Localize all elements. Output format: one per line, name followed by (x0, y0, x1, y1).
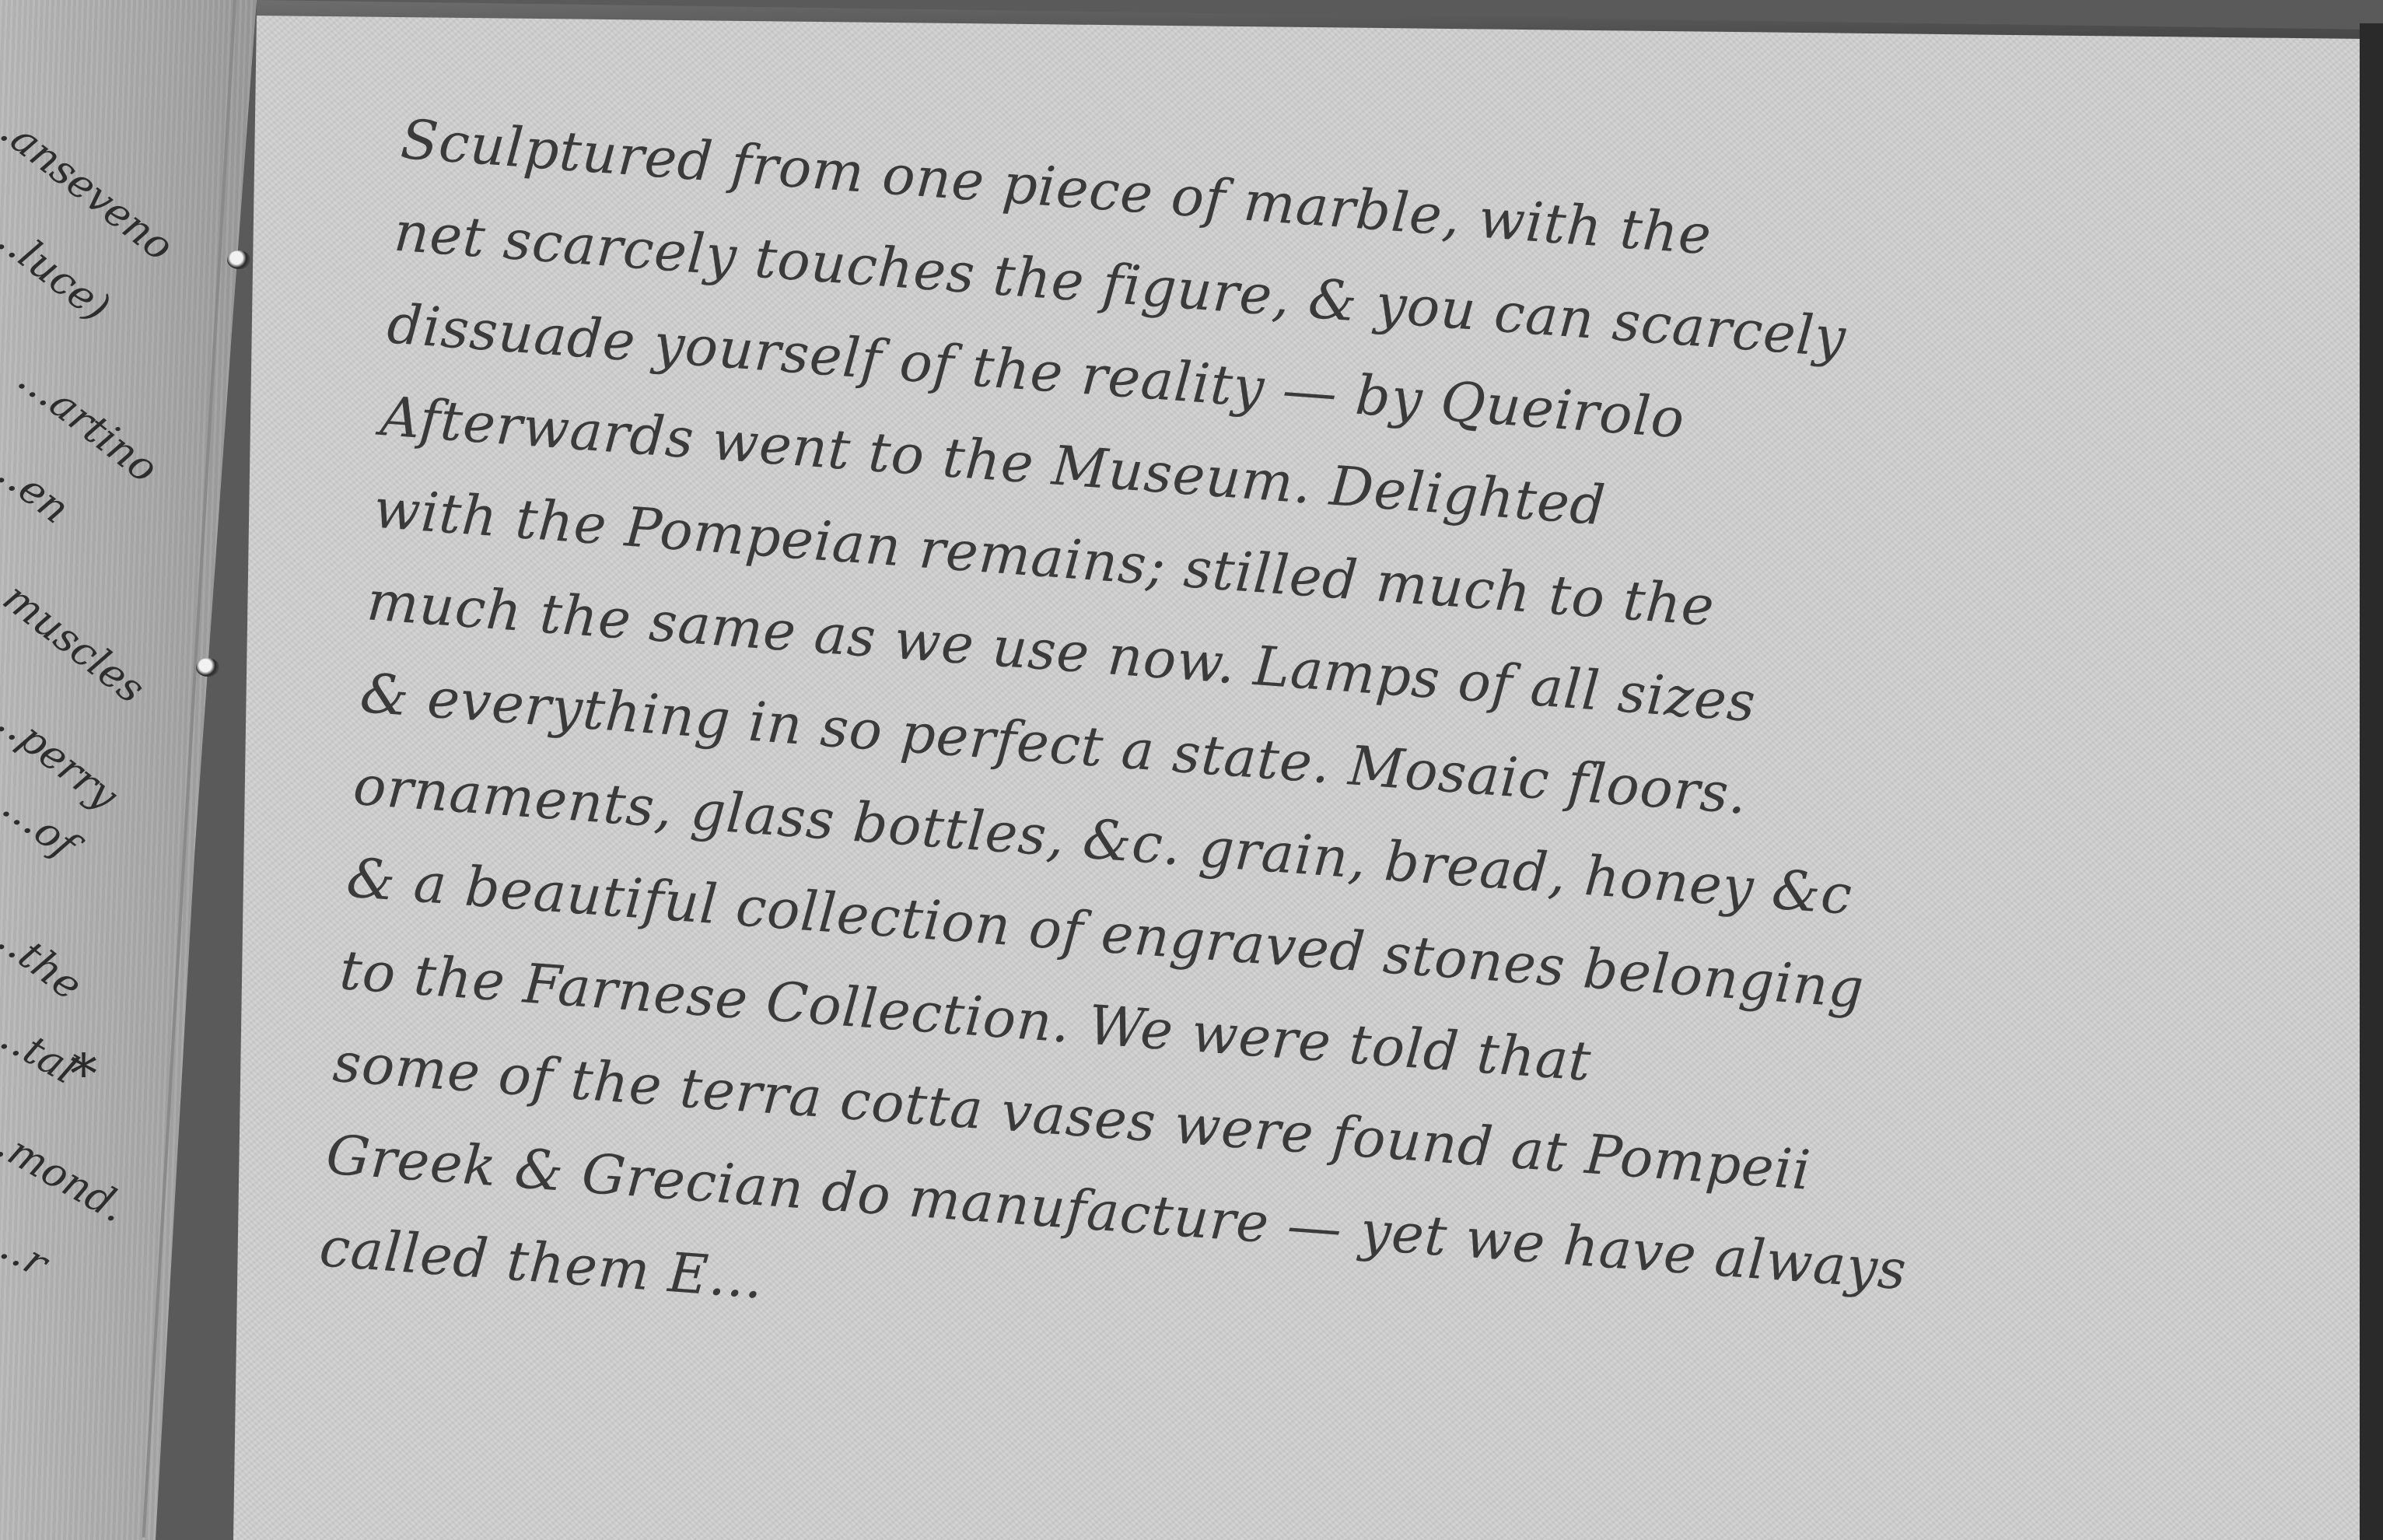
asterisk-mark: * (70, 1042, 97, 1106)
margin-fragment: …the (0, 907, 91, 1010)
binding-staple (227, 250, 250, 269)
manuscript-scan: Sculptured from one piece of marble, wit… (0, 0, 2383, 1540)
background-edge (2360, 23, 2383, 1540)
left-page: …anseveno …luce) …artino …en …muscles …p… (0, 0, 257, 1540)
left-page-margin-text: …anseveno …luce) …artino …en …muscles …p… (0, 0, 202, 1540)
margin-fragment: …r (0, 1216, 56, 1286)
right-page: Sculptured from one piece of marble, wit… (233, 16, 2364, 1540)
binding-staple (196, 658, 219, 677)
margin-fragment: …muscles (0, 549, 153, 712)
margin-fragment: …mond. (0, 1108, 134, 1232)
handwritten-text-block: Sculptured from one piece of marble, wit… (317, 93, 2383, 1453)
margin-fragment: …en (0, 440, 78, 533)
